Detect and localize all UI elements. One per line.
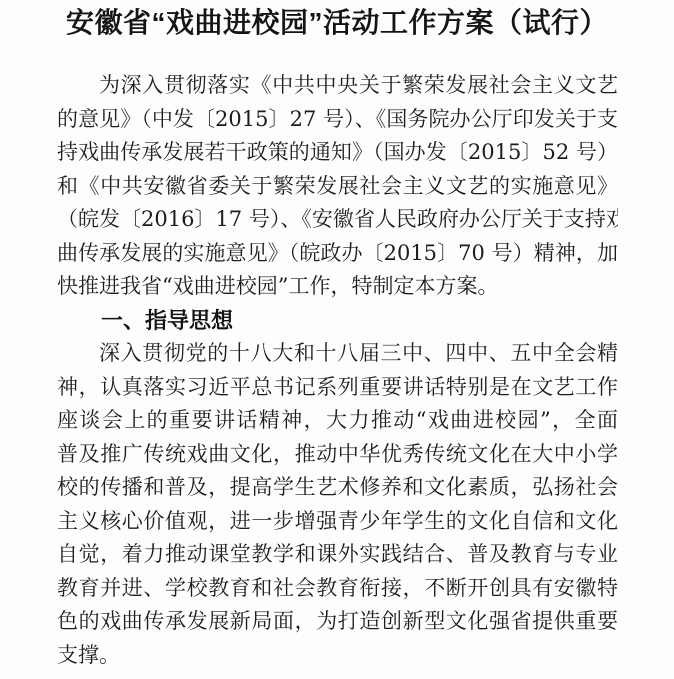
- paragraph-line: 教育并进、学校教育和社会教育衔接，不断开创具有安徽特: [57, 572, 618, 606]
- paragraph-line: 的意见》（中发〔2015〕27 号）、《国务院办公厅印发关于支: [57, 103, 618, 137]
- document-body: 为深入贯彻落实《中共中央关于繁荣发展社会主义文艺 的意见》（中发〔2015〕27…: [57, 69, 618, 672]
- paragraph-line: 快推进我省“戏曲进校园”工作，特制定本方案。: [57, 270, 618, 304]
- paragraph-line: 曲传承发展的实施意见》（皖政办〔2015〕70 号）精神，加: [57, 237, 618, 271]
- paragraph-line: 色的戏曲传承发展新局面，为打造创新型文化强省提供重要: [57, 605, 618, 639]
- paragraph-line: 自觉，着力推动课堂教学和课外实践结合、普及教育与专业: [57, 538, 618, 572]
- paragraph-line: 和《中共安徽省委关于繁荣发展社会主义文艺的实施意见》: [57, 170, 618, 204]
- paragraph-line: 神，认真落实习近平总书记系列重要讲话特别是在文艺工作: [57, 371, 618, 405]
- paragraph-line: 支撑。: [57, 639, 618, 673]
- document-title: 安徽省“戏曲进校园”活动工作方案（试行）: [10, 8, 664, 38]
- section-heading-guiding-ideology: 一、指导思想: [57, 304, 618, 338]
- paragraph-line: 为深入贯彻落实《中共中央关于繁荣发展社会主义文艺: [57, 69, 618, 103]
- paragraph-line: 校的传播和普及，提高学生艺术修养和文化素质，弘扬社会: [57, 471, 618, 505]
- paragraph-1: 为深入贯彻落实《中共中央关于繁荣发展社会主义文艺 的意见》（中发〔2015〕27…: [57, 69, 618, 304]
- scanned-document-page: 安徽省“戏曲进校园”活动工作方案（试行） 为深入贯彻落实《中共中央关于繁荣发展社…: [0, 0, 674, 679]
- paragraph-line: 持戏曲传承发展若干政策的通知》（国办发〔2015〕52 号）: [57, 136, 618, 170]
- paragraph-line: 座谈会上的重要讲话精神，大力推动“戏曲进校园”，全面: [57, 404, 618, 438]
- paragraph-line: （皖发〔2016〕17 号）、《安徽省人民政府办公厅关于支持戏: [57, 203, 618, 237]
- paragraph-line: 主义核心价值观，进一步增强青少年学生的文化自信和文化: [57, 505, 618, 539]
- paragraph-2: 深入贯彻党的十八大和十八届三中、四中、五中全会精 神，认真落实习近平总书记系列重…: [57, 337, 618, 672]
- paragraph-line: 深入贯彻党的十八大和十八届三中、四中、五中全会精: [57, 337, 618, 371]
- paragraph-line: 普及推广传统戏曲文化，推动中华优秀传统文化在大中小学: [57, 438, 618, 472]
